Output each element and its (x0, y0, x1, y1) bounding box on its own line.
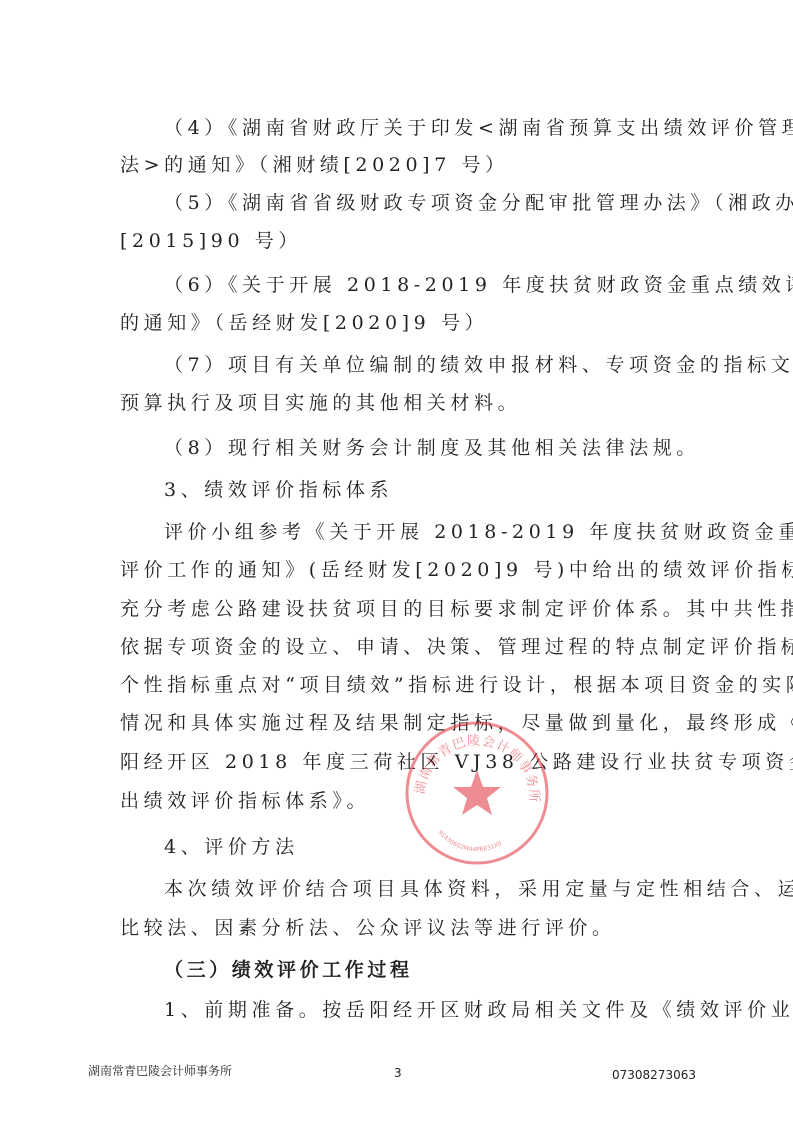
paragraph-line: 评价工作的通知》(岳经财发[2020]9 号)中给出的绩效评价指标体系， (120, 557, 692, 583)
paragraph-line: [2015]90 号） (120, 228, 692, 254)
paragraph-line: 法>的通知》（湘财绩[2020]7 号） (120, 152, 692, 178)
section-heading-bold: （三）绩效评价工作过程 (164, 957, 692, 983)
paragraph-line: （6）《关于开展 2018-2019 年度扶贫财政资金重点绩效评价工作 (164, 272, 692, 298)
paragraph-line: 预算执行及项目实施的其他相关材料。 (120, 390, 692, 416)
paragraph-line: 依据专项资金的设立、申请、决策、管理过程的特点制定评价指标； (120, 634, 692, 660)
paragraph-line: 比较法、因素分析法、公众评议法等进行评价。 (120, 915, 692, 941)
section-heading: 4、评价方法 (164, 834, 692, 860)
paragraph-line: （8）现行相关财务会计制度及其他相关法律法规。 (164, 435, 692, 461)
footer-phone: 07308273063 (612, 1068, 696, 1082)
paragraph-line: （5）《湖南省省级财政专项资金分配审批管理办法》（湘政办发 (164, 190, 692, 216)
footer-page-number: 3 (394, 1066, 402, 1080)
paragraph-line: 出绩效评价指标体系》。 (120, 788, 692, 814)
document-page: （4）《湖南省财政厅关于印发<湖南省预算支出绩效评价管理办 法>的通知》（湘财绩… (0, 0, 793, 1121)
paragraph-line: 个性指标重点对“项目绩效”指标进行设计，根据本项目资金的实际 (120, 672, 692, 698)
paragraph-line: 充分考虑公路建设扶贫项目的目标要求制定评价体系。其中共性指标 (120, 596, 692, 622)
section-heading: 3、绩效评价指标体系 (164, 477, 692, 503)
paragraph-line: 情况和具体实施过程及结果制定指标，尽量做到量化，最终形成《岳 (120, 710, 692, 736)
paragraph-line: 本次绩效评价结合项目具体资料，采用定量与定性相结合、运用 (164, 876, 692, 902)
paragraph-line: （4）《湖南省财政厅关于印发<湖南省预算支出绩效评价管理办 (164, 115, 692, 141)
paragraph-line: 阳经开区 2018 年度三荷社区 VJ38 公路建设行业扶贫专项资金财政支 (120, 749, 692, 775)
footer-firm-name: 湖南常青巴陵会计师事务所 (88, 1062, 232, 1079)
paragraph-line: 的通知》（岳经财发[2020]9 号） (120, 310, 692, 336)
paragraph-line: 评价小组参考《关于开展 2018-2019 年度扶贫财政资金重点绩效 (164, 519, 692, 545)
paragraph-line: （7）项目有关单位编制的绩效申报材料、专项资金的指标文件、 (164, 352, 692, 378)
paragraph-line: 1、前期准备。按岳阳经开区财政局相关文件及《绩效评价业务委 (164, 997, 692, 1023)
